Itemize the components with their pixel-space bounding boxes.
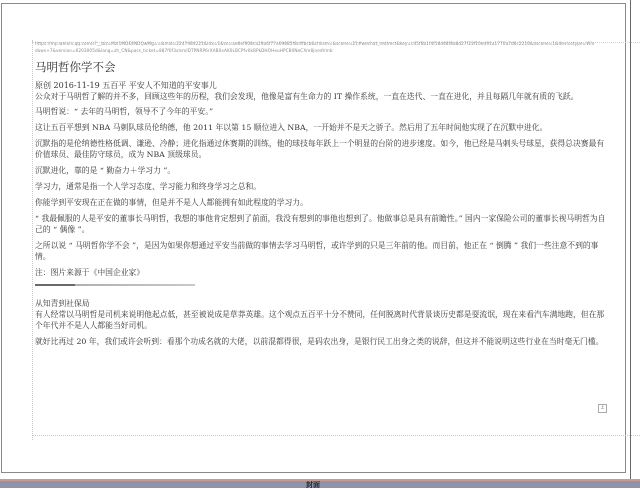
paragraph: 就好比再过 20 年，我们或许会听到：看那个功成名就的大佬，以前混都得很，是码农… — [35, 336, 610, 347]
paragraph: 这让五百平想到 NBA 马刺队球员伦纳德，他 2011 年以第 15 顺位进入 … — [35, 122, 610, 133]
paragraph: 沉默进化，靠的是 “ 勤奋力＋学习力 ”。 — [35, 165, 610, 176]
image-source-note: 注：图片来源于《中国企业家》 — [35, 267, 610, 278]
paragraph: 你能学到平安现在正在做的事情，但是并不是人人都能拥有如此程度的学习力。 — [35, 197, 610, 208]
paragraph: 学习力，通常是指一个人学习态度、学习能力和终身学习之总和。 — [35, 181, 610, 192]
article-meta: 原创 2016-11-19 五百平 平安人不知道的平安事儿 — [35, 80, 610, 91]
paragraph: 马明哲说：“ 去年的马明哲，领导不了今年的平安。” — [35, 106, 610, 117]
section-divider — [35, 284, 195, 286]
anchor-icon[interactable]: ⚓ — [598, 404, 607, 413]
status-bar: 封面 — [0, 479, 640, 488]
text-margin-left-guide — [32, 40, 33, 440]
document-viewport: https://mp.weixin.qq.com/s?__biz=MzI1MDE… — [0, 0, 640, 488]
source-url[interactable]: https://mp.weixin.qq.com/s?__biz=MzI1MDE… — [35, 40, 595, 54]
paragraph: “ 我最佩服的人是平安的董事长马明哲，我想的事他肯定想到了前面，我没有想到的事他… — [35, 213, 610, 235]
paragraph: 之所以说 “ 马明哲你学不会 ”，是因为如果你想通过平安当前做的事情去学习马明哲… — [35, 240, 610, 262]
status-bar-label: 封面 — [306, 481, 320, 488]
paragraph: 公众对于马明哲了解的并不多，回顾这些年的历程，我们会发现，他像是富有生命力的 I… — [35, 91, 610, 102]
article-title: 马明哲你学不会 — [35, 60, 610, 75]
paragraph: 沉默指的是伦纳德性格低调、谦逊、冷静；进化指通过休赛期的训练，他的球技每年跃上一… — [35, 138, 610, 160]
text-margin-bottom-guide — [32, 435, 640, 436]
paragraph: 有人经常以马明哲是司机来说明他起点低，甚至被说成是草莽英雄。这个观点五百平十分不… — [35, 309, 610, 331]
page-edge-rule — [630, 0, 631, 488]
section-heading: 从知青到社保局 — [35, 298, 610, 309]
document-body[interactable]: https://mp.weixin.qq.com/s?__biz=MzI1MDE… — [35, 40, 610, 352]
